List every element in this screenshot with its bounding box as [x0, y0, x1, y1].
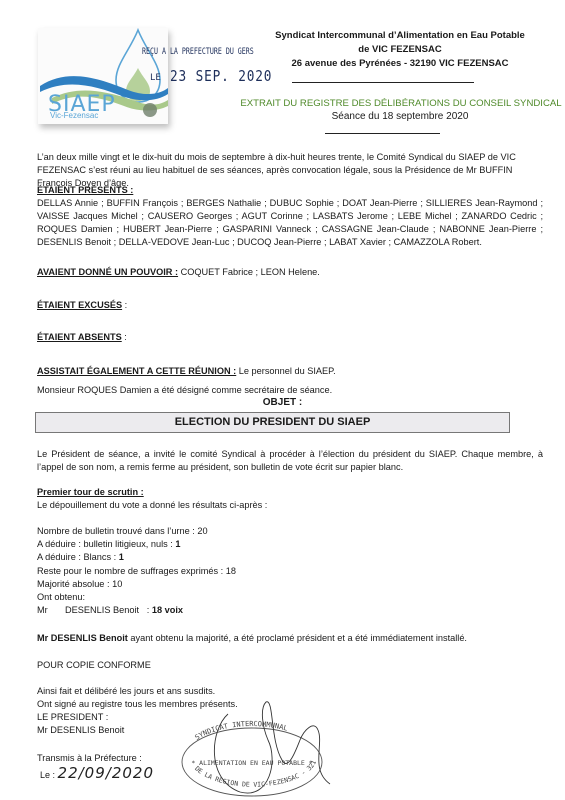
result-label: Reste pour le nombre de suffrages exprim… [37, 566, 226, 576]
seance-divider [325, 133, 440, 134]
org-name-line1: Syndicat Intercommunal d’Alimentation en… [250, 30, 550, 41]
logo-subtitle: Vic-Fezensac [50, 111, 98, 120]
result-value: 10 [112, 579, 122, 589]
result-value: 1 [175, 539, 180, 549]
result-row: A déduire : bulletin litigieux, nuls : 1 [37, 538, 236, 551]
secretaire-line: Monsieur ROQUES Damien a été désigné com… [37, 384, 332, 397]
excuses-colon: : [122, 300, 127, 310]
result-row: Reste pour le nombre de suffrages exprim… [37, 565, 236, 578]
pouvoir-names: COQUET Fabrice ; LEON Helene. [178, 267, 320, 277]
pour-copie-conforme: POUR COPIE CONFORME [37, 659, 151, 672]
candidate-sep: : [144, 605, 152, 615]
result-row: A déduire : Blancs : 1 [37, 551, 236, 564]
siaep-logo: SIAEP Vic-Fezensac [38, 28, 168, 124]
proclamation-line: Mr DESENLIS Benoit ayant obtenu la major… [37, 632, 467, 645]
reception-stamp-text: REÇU A LA PREFECTURE DU GERS [142, 47, 254, 57]
excuses-heading: ÉTAIENT EXCUSÉS [37, 300, 122, 310]
invite-paragraph: Le Président de séance, a invité le comi… [37, 448, 543, 474]
result-label: A déduire : Blancs : [37, 552, 119, 562]
extrait-title: EXTRAIT DU REGISTRE DES DÉLIBÉRATIONS DU… [236, 98, 565, 109]
result-row: Nombre de bulletin trouvé dans l’urne : … [37, 525, 236, 538]
reception-stamp-le: LE [150, 73, 161, 83]
seal-top-text: SYNDICAT INTERCOMMUNAL [194, 720, 289, 742]
candidate-row: MrDESENLIS Benoit : 18 voix [37, 604, 236, 617]
result-value: 18 [226, 566, 236, 576]
result-label: Majorité absolue : [37, 579, 112, 589]
premier-tour-heading: Premier tour de scrutin : [37, 486, 144, 499]
header-divider [292, 82, 474, 83]
transmis-handwritten-date: 22/09/2020 [58, 764, 154, 782]
pouvoir-line: AVAIENT DONNÉ UN POUVOIR : COQUET Fabric… [37, 266, 320, 279]
absents-heading: ÉTAIENT ABSENTS [37, 332, 122, 342]
assistait-heading: ASSISTAIT ÉGALEMENT A CETTE RÉUNION : [37, 366, 236, 376]
org-address: 26 avenue des Pyrénées - 32190 VIC FEZEN… [250, 58, 550, 69]
ont-obtenu: Ont obtenu: [37, 591, 236, 604]
presents-list: DELLAS Annie ; BUFFIN François ; BERGES … [37, 197, 543, 249]
result-row: Majorité absolue : 10 [37, 578, 236, 591]
seance-date: Séance du 18 septembre 2020 [250, 111, 550, 122]
objet-label: OBJET : [0, 397, 565, 408]
org-name-line2: de VIC FEZENSAC [250, 44, 550, 55]
seal-middle-text: * ALIMENTATION EN EAU POTABLE * [191, 759, 312, 767]
reception-stamp-date: 23 SEP. 2020 [170, 67, 272, 85]
transmis-le: Le : [40, 770, 55, 780]
presents-heading: ÉTAIENT PRÉSENTS : [37, 184, 133, 197]
result-label: Nombre de bulletin trouvé dans l’urne : [37, 526, 197, 536]
vote-results: Nombre de bulletin trouvé dans l’urne : … [37, 525, 236, 617]
candidate-votes: 18 voix [152, 605, 183, 615]
candidate-civility: Mr [37, 604, 65, 617]
result-value: 20 [197, 526, 207, 536]
objet-title-box: ELECTION DU PRESIDENT DU SIAEP [35, 412, 510, 433]
excuses-line: ÉTAIENT EXCUSÉS : [37, 299, 127, 312]
proclaimed-name: Mr DESENLIS Benoit [37, 633, 128, 643]
closing-line: Ainsi fait et délibéré les jours et ans … [37, 685, 238, 698]
absents-line: ÉTAIENT ABSENTS : [37, 331, 127, 344]
pouvoir-heading: AVAIENT DONNÉ UN POUVOIR : [37, 267, 178, 277]
transmis-date-line: Le : 22/09/2020 [40, 764, 154, 782]
proclamation-text: ayant obtenu la majorité, a été proclamé… [128, 633, 467, 643]
absents-colon: : [122, 332, 127, 342]
assistait-line: ASSISTAIT ÉGALEMENT A CETTE RÉUNION : Le… [37, 365, 336, 378]
depouillement-intro: Le dépouillement du vote a donné les rés… [37, 499, 267, 512]
candidate-name: DESENLIS Benoit [65, 605, 139, 615]
official-seal-signature: SYNDICAT INTERCOMMUNAL * ALIMENTATION EN… [170, 700, 340, 800]
result-value: 1 [119, 552, 124, 562]
result-label: A déduire : bulletin litigieux, nuls : [37, 539, 175, 549]
assistait-text: Le personnel du SIAEP. [236, 366, 335, 376]
